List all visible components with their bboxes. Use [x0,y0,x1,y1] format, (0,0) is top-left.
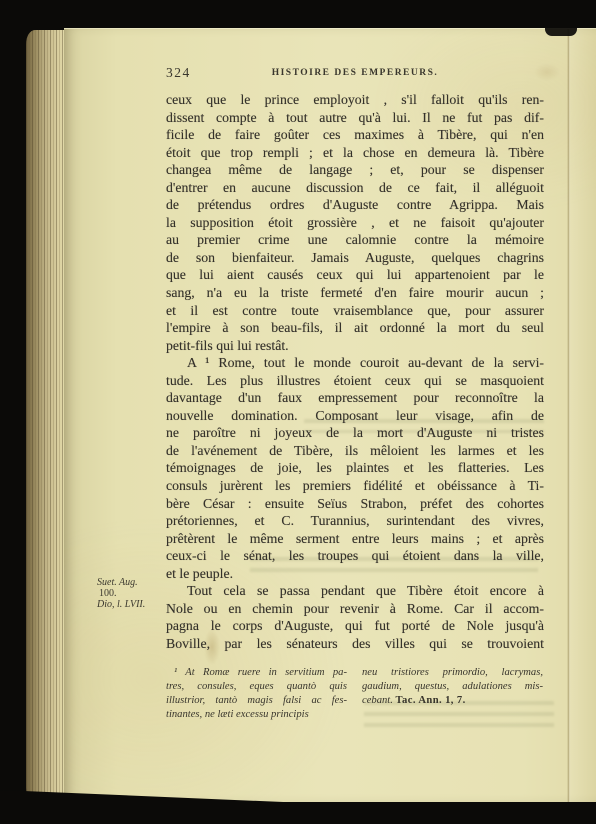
text-line: témoignages de joie, les plaintes et les… [166,459,544,477]
text-line: tude. Les plus illustres étoient ceux qu… [166,372,544,390]
page-edge-stack [26,30,66,800]
text-line: pagna le corps d'Auguste, qui fut porté … [166,617,544,635]
footnote-line: ¹ At Romæ ruere in servitium pa- [166,666,347,680]
text-line: de l'avénement de Tibère, ils mêloient l… [166,442,544,460]
text-line: prêtèrent le même serment entre leurs ma… [166,530,544,548]
page-header: 324 HISTOIRE DES EMPEREURS. [166,65,544,83]
text-line: Boville, par les sénateurs des villes qu… [166,635,544,653]
text-line: l'empire à son beau-fils, il ait ordonné… [166,319,544,337]
text-line: davantage d'un faux empressement pour re… [166,389,544,407]
footnote-line: illustrior, tantò magis falsi ac fes- [166,694,347,708]
text-line: ficile de faire goûter ces maximes à Tib… [166,126,544,144]
text-line: ne paroître ni joyeux de la mort d'Augus… [166,424,544,442]
footnote-line: cebant. Tac. Ann. 1, 7. [362,694,543,708]
margin-citation: Suet. Aug. 100. Dio, l. LVII. [97,578,163,610]
text-line: d'entrer en aucune discussion de ce fait… [166,179,544,197]
text-line: de prétendus ordres d'Auguste contre Agr… [166,196,544,214]
text-line: la supposition étoit grossière , et ne f… [166,214,544,232]
text-line: dissent compte à tout autre qu'à lui. Il… [166,109,544,127]
footnote-right-column: neu tristiores primordio, lacrymas, gaud… [362,666,543,722]
text-line: consuls jurèrent les premiers fidélité e… [166,477,544,495]
running-title: HISTOIRE DES EMPEREURS. [166,68,544,78]
footnote-left-column: ¹ At Romæ ruere in servitium pa- tres, c… [166,666,347,722]
margin-citation-line: Dio, l. LVII. [97,600,163,611]
book-photo: 324 HISTOIRE DES EMPEREURS. ceux que le … [0,0,596,824]
footnote: ¹ At Romæ ruere in servitium pa- tres, c… [166,666,544,722]
text-line: ceux que le prince employoit , s'il fall… [166,91,544,109]
margin-citation-line: 100. [97,589,163,600]
text-line: Nole ou en chemin pour revenir à Rome. C… [166,600,544,618]
text-line: A ¹ Rome, tout le monde couroit au-devan… [166,354,544,372]
footnote-italic-text: cebant. [362,695,393,706]
text-line: petit-fils qui lui restât. [166,337,544,355]
text-line: changea même de langage ; et, pour se di… [166,161,544,179]
facing-page-edge [571,29,596,802]
footnote-line: tres, consules, eques quantò quis [166,680,347,694]
text-line: que lui aient causés ceux qui lui appart… [166,266,544,284]
footnote-line: tinantes, ne læti excessu principis [166,708,347,722]
text-line: sang, n'a eu la triste fermeté d'en fair… [166,284,544,302]
text-line: nouvelle domination. Composant leur visa… [166,407,544,425]
corner-fold [545,28,577,36]
footnote-line: neu tristiores primordio, lacrymas, [362,666,543,680]
book-page: 324 HISTOIRE DES EMPEREURS. ceux que le … [64,28,596,802]
text-line: prétoriennes, et C. Turannius, surintend… [166,512,544,530]
text-line: Tout cela se passa pendant que Tibère ét… [166,582,544,600]
text-line: ceux-ci le sénat, les troupes qui étoien… [166,547,544,565]
text-line: bère César : ensuite Seïus Strabon, préf… [166,495,544,513]
main-text: ceux que le prince employoit , s'il fall… [166,91,544,653]
text-line: de son bienfaiteur. Jamais Auguste, quel… [166,249,544,267]
footnote-line: gaudium, questus, adulationes mis- [362,680,543,694]
text-line: au premier crime une calomnie contre la … [166,231,544,249]
text-line: et il est contre toute vraisemblance que… [166,302,544,320]
footnote-citation: Tac. Ann. 1, 7. [396,695,466,706]
text-line: étoit que trop rempli ; et la chose en d… [166,144,544,162]
text-line: et le peuple. [166,565,544,583]
